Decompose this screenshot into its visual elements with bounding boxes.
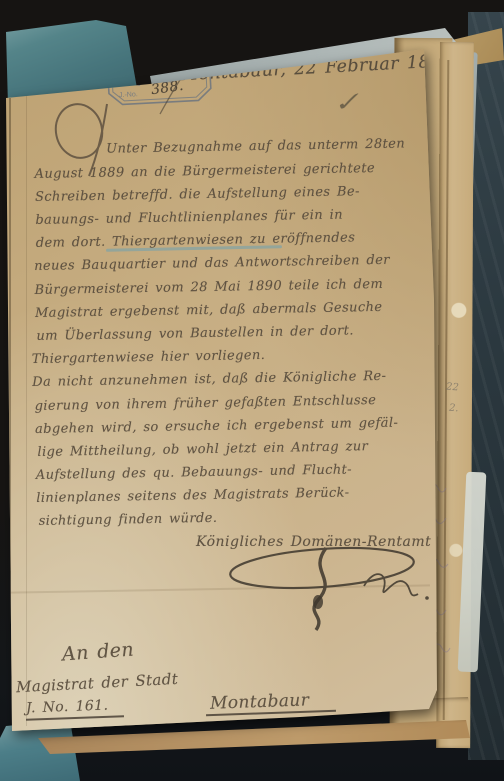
letter-sheet-wrap: Bürgermeister-Amt Montabaur Eing. 27 FEB… bbox=[0, 0, 504, 781]
letter-line: August 1889 an die Bürgermeisterei geric… bbox=[34, 161, 375, 182]
letter-line: um Überlassung von Baustellen in der dor… bbox=[36, 323, 354, 344]
letter-line: gierung von ihrem früher gefaßten Entsch… bbox=[35, 393, 377, 414]
letter-line: bauungs- und Fluchtlinienplanes für ein … bbox=[35, 208, 343, 228]
letter-line: Magistrat ergebenst mit, daß abermals Ge… bbox=[35, 300, 383, 321]
stamp-line-2: Montabaur bbox=[136, 61, 182, 72]
letter-line: lige Mittheilung, ob wohl jetzt ein Antr… bbox=[37, 439, 368, 460]
letter-line: linienplanes seitens des Magistrats Berü… bbox=[36, 485, 349, 505]
folio-number: 26 bbox=[451, 53, 471, 71]
signature-flourish bbox=[222, 542, 437, 637]
letter-line: Bürgermeisterei vom 28 Mai 1890 teile ic… bbox=[34, 277, 383, 298]
stamp-line-1: Bürgermeister-Amt bbox=[129, 52, 188, 62]
letter-line: neues Bauquartier und das Antwortschreib… bbox=[34, 253, 390, 274]
letter-line: Thiergartenwiese hier vorliegen. bbox=[32, 348, 266, 367]
letter-line: Schreiben betreffd. die Aufstellung eine… bbox=[35, 184, 360, 205]
ink-blotch bbox=[313, 595, 323, 609]
letter-line: abgehen wird, so ersuche ich ergebenst u… bbox=[35, 416, 398, 437]
letter-line: sichtigung finden würde. bbox=[39, 511, 218, 529]
letter-line: Aufstellung des qu. Bebauungs- und Fluch… bbox=[36, 462, 352, 483]
archival-photo: 22 2. Bürgermeister-Amt Montabaur Eing. … bbox=[0, 0, 504, 781]
letter-sheet: Bürgermeister-Amt Montabaur Eing. 27 FEB… bbox=[0, 0, 504, 781]
journal-number: J. No. 161. bbox=[26, 698, 109, 717]
letter-line: Unter Bezugnahme auf das unterm 28ten bbox=[106, 136, 405, 156]
letter-line: Da nicht anzunehmen ist, daß die Königli… bbox=[32, 369, 386, 390]
